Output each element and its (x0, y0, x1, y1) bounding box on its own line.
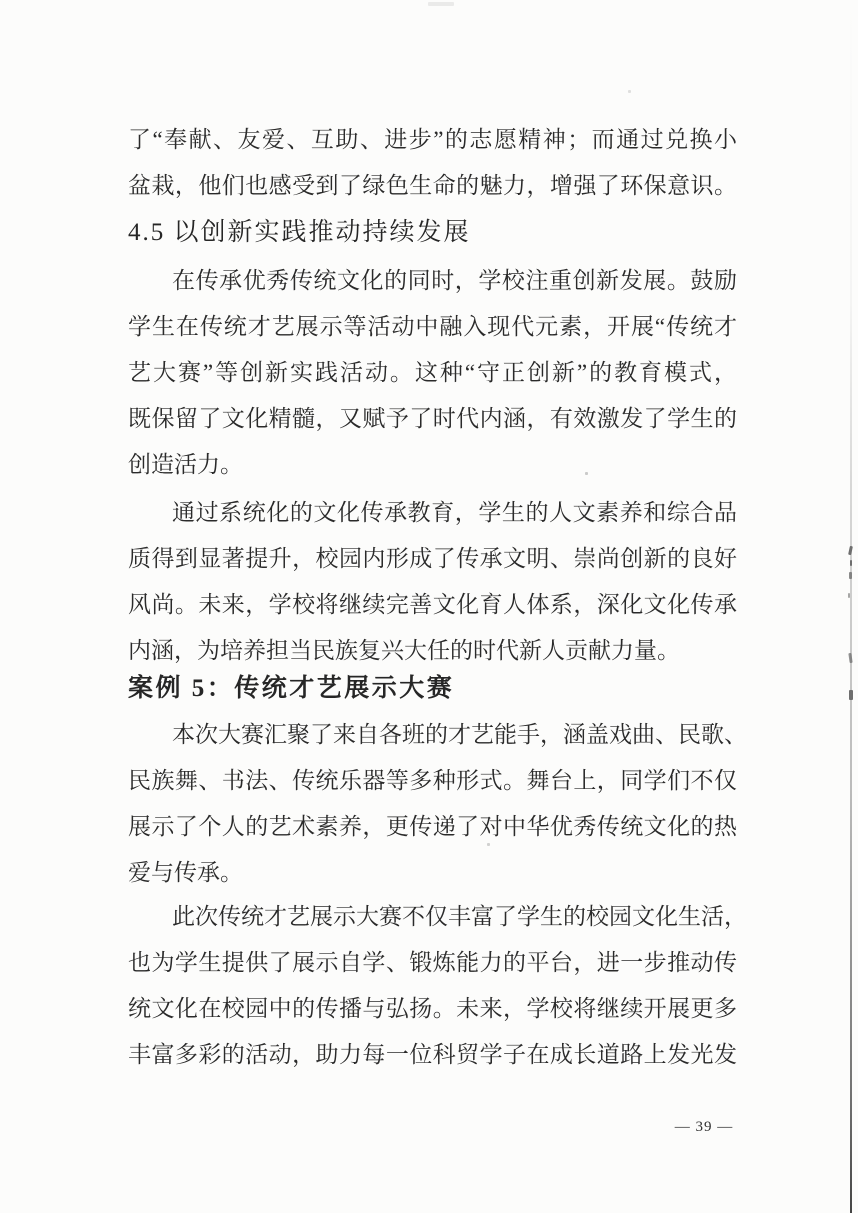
page-number: — 39 — (648, 1116, 760, 1138)
text-line: 在传承优秀传统文化的同时，学校注重创新发展。鼓励 (128, 258, 737, 304)
text-line: 艺大赛”等创新实践活动。这种“守正创新”的教育模式， (128, 350, 737, 396)
scan-speck (848, 593, 850, 598)
text-line: 也为学生提供了展示自学、锻炼能力的平台，进一步推动传 (128, 940, 737, 986)
text-line: 盆栽，他们也感受到了绿色生命的魅力，增强了环保意识。 (128, 163, 737, 209)
scan-speck (850, 560, 852, 566)
text-line: 丰富多彩的活动，助力每一位科贸学子在成长道路上发光发 (128, 1032, 737, 1078)
scan-speck (487, 843, 490, 846)
scan-speck (849, 690, 853, 700)
paragraph-talent-show-description: 本次大赛汇聚了来自各班的才艺能手，涵盖戏曲、民歌、 民族舞、书法、传统乐器等多种… (128, 712, 737, 896)
text-line: 学生在传统才艺展示等活动中融入现代元素，开展“传统才 (128, 304, 737, 350)
text-line: 民族舞、书法、传统乐器等多种形式。舞台上，同学们不仅 (128, 758, 737, 804)
scanned-document-page: 了“奉献、友爱、互助、进步”的志愿精神；而通过兑换小 盆栽，他们也感受到了绿色生… (0, 0, 858, 1213)
scan-speck (585, 472, 588, 475)
text-line: 通过系统化的文化传承教育，学生的人文素养和综合品 (128, 490, 737, 536)
scan-speck (848, 546, 853, 555)
text-line: 爱与传承。 (128, 850, 737, 896)
text-line: 风尚。未来，学校将继续完善文化育人体系，深化文化传承 (128, 582, 737, 628)
text-line: 统文化在校园中的传播与弘扬。未来，学校将继续开展更多 (128, 986, 737, 1032)
paragraph-culture-education-summary: 通过系统化的文化传承教育，学生的人文素养和综合品 质得到显著提升，校园内形成了传… (128, 490, 737, 674)
case-heading-5: 案例 5：传统才艺展示大赛 (128, 666, 768, 712)
paragraph-volunteer-spirit: 了“奉献、友爱、互助、进步”的志愿精神；而通过兑换小 盆栽，他们也感受到了绿色生… (128, 117, 737, 209)
paragraph-talent-show-impact: 此次传统才艺展示大赛不仅丰富了学生的校园文化生活， 也为学生提供了展示自学、锻炼… (128, 894, 737, 1078)
section-heading-4-5: 4.5 以创新实践推动持续发展 (128, 210, 768, 256)
paragraph-innovation-practice: 在传承优秀传统文化的同时，学校注重创新发展。鼓励 学生在传统才艺展示等活动中融入… (128, 258, 737, 488)
scan-edge-line-artifact (850, 0, 852, 1213)
scan-speck (428, 2, 454, 6)
text-line: 展示了个人的艺术素养，更传递了对中华优秀传统文化的热 (128, 804, 737, 850)
text-line: 了“奉献、友爱、互助、进步”的志愿精神；而通过兑换小 (128, 117, 737, 163)
scan-speck (848, 653, 852, 663)
scan-speck (628, 90, 631, 93)
scan-speck (849, 572, 852, 579)
text-line: 质得到显著提升，校园内形成了传承文明、崇尚创新的良好 (128, 536, 737, 582)
text-line: 本次大赛汇聚了来自各班的才艺能手，涵盖戏曲、民歌、 (128, 712, 737, 758)
text-line: 创造活力。 (128, 442, 737, 488)
text-line: 既保留了文化精髓，又赋予了时代内涵，有效激发了学生的 (128, 396, 737, 442)
text-line: 此次传统才艺展示大赛不仅丰富了学生的校园文化生活， (128, 894, 737, 940)
